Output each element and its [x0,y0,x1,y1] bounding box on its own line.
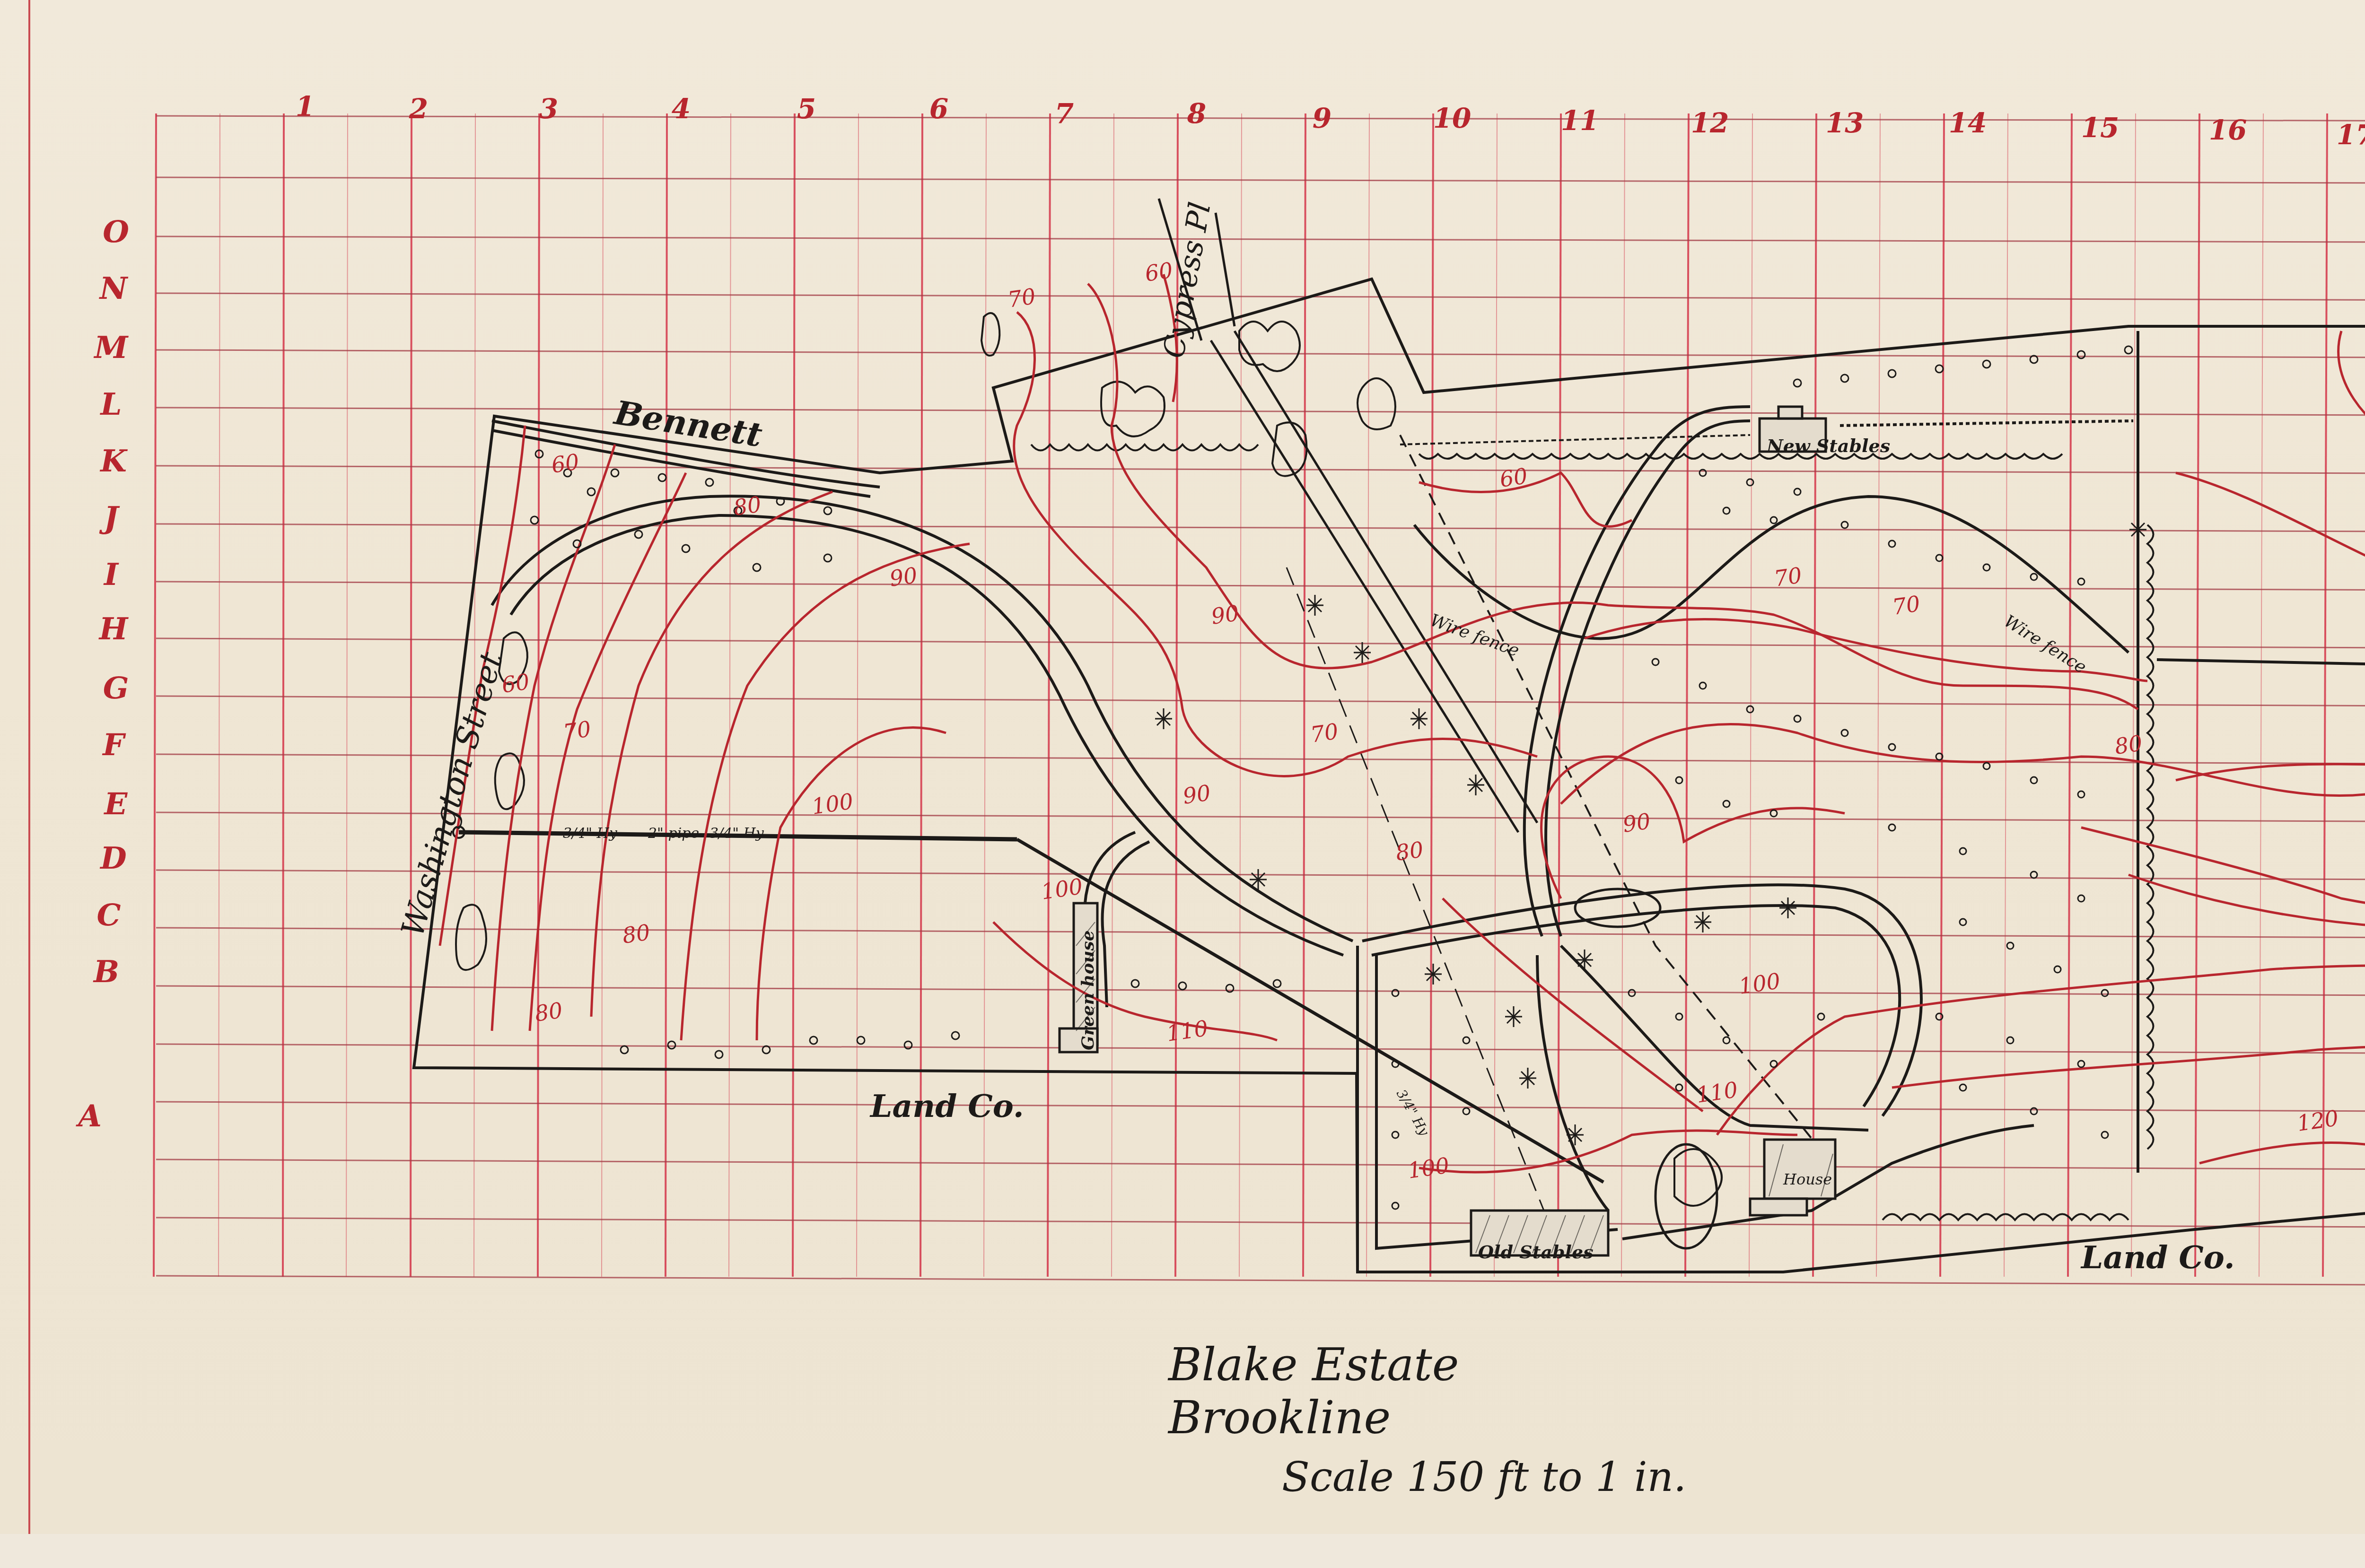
contour-label: 80 [533,997,564,1027]
contour-label: 70 [1891,591,1921,620]
column-label: 8 [1187,97,1206,130]
tree-dots [531,346,2132,1209]
column-label: 5 [797,93,816,125]
row-label: B [94,954,119,990]
row-label: I [104,557,118,592]
row-label: M [95,330,128,366]
contour-label: 80 [2113,730,2144,759]
column-label: 14 [1949,107,1987,139]
row-label: D [100,841,127,876]
cypress-place-road [1159,199,1537,832]
pipe-hydrant-label: 3/4" Hy [709,825,764,842]
column-label: 17 [2337,119,2365,151]
column-label: 6 [929,93,948,125]
row-label: N [100,271,128,306]
pipe-hydrant-label: 3/4" Hy [563,825,617,842]
column-label: 16 [2209,114,2247,146]
contour-label: 80 [1394,836,1425,866]
row-label: E [105,786,128,822]
land-co-east-label: Land Co. [2081,1239,2235,1276]
row-label: A [78,1098,102,1134]
pipe-size-label: 2" pipe [648,825,699,842]
row-label: O [103,214,129,250]
column-label: 2 [409,93,428,125]
house-label: House [1783,1170,1832,1188]
contour-label: 90 [1181,780,1212,809]
grid-fine-lines [219,113,2365,1277]
column-label: 4 [672,93,691,125]
row-label: F [103,727,124,763]
column-label: 12 [1691,107,1729,139]
contour-label: 70 [1772,562,1803,592]
old-stables-label: Old Stables [1478,1241,1594,1263]
contour-label: 70 [1309,718,1340,748]
contour-label: 60 [500,669,531,698]
contour-label: 70 [1006,283,1037,313]
map-title: Blake Estate Brookline [1168,1338,1689,1444]
contour-label: 70 [561,716,592,745]
column-label: 15 [2081,112,2120,144]
row-label: L [101,387,122,422]
column-label: 9 [1313,102,1331,134]
column-label: 13 [1826,107,1864,139]
row-label: G [103,671,129,706]
row-label: H [99,611,128,647]
contour-label: 60 [550,449,580,478]
column-label: 1 [296,90,315,122]
title-block: Blake Estate Brookline Scale 150 ft to 1… [1168,1338,1689,1501]
row-label: C [97,897,121,933]
row-label: J [104,500,118,536]
contour-label: 60 [1498,463,1529,492]
new-stables-label: New Stables [1767,435,1890,456]
row-label: K [100,444,127,479]
column-label: 3 [539,93,558,125]
contour-label: 80 [621,919,651,949]
turnaround-island [1575,889,1660,927]
contour-label: 80 [732,491,762,521]
green-house-label: Green house [1078,930,1098,1050]
contour-label: 90 [1209,600,1240,629]
column-label: 7 [1055,97,1074,130]
map-scale: Scale 150 ft to 1 in. [1282,1454,1689,1501]
contour-label: 60 [1143,257,1174,287]
column-label: 11 [1561,105,1599,137]
contour-label: 90 [1621,808,1652,837]
contour-label: 90 [888,562,919,592]
column-label: 10 [1433,102,1472,134]
land-co-west-label: Land Co. [870,1088,1024,1124]
